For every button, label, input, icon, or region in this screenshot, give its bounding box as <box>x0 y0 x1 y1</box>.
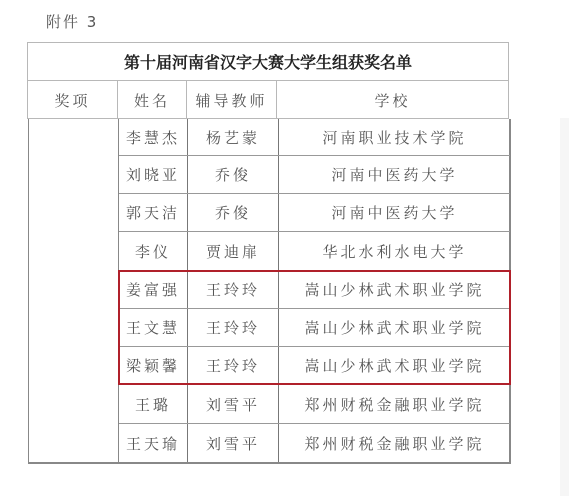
column-header-award: 奖项 <box>28 81 118 119</box>
column-header-teacher: 辅导教师 <box>187 81 277 119</box>
table-row: 李慧杰 杨艺蒙 河南职业技术学院 <box>119 119 510 156</box>
table-row: 王璐 刘雪平 郑州财税金融职业学院 <box>119 385 510 424</box>
cell-teacher: 王玲玲 <box>188 309 279 346</box>
table-title: 第十届河南省汉字大赛大学生组获奖名单 <box>28 43 508 81</box>
cell-teacher: 乔俊 <box>188 194 279 231</box>
cell-name: 王璐 <box>119 385 188 423</box>
column-header-school: 学校 <box>277 81 508 119</box>
table-body: 李慧杰 杨艺蒙 河南职业技术学院 刘晓亚 乔俊 河南中医药大学 郭天洁 乔俊 河… <box>28 119 511 464</box>
cell-school: 嵩山少林武术职业学院 <box>279 271 510 308</box>
cell-teacher: 王玲玲 <box>188 271 279 308</box>
cell-school: 郑州财税金融职业学院 <box>279 385 510 423</box>
cell-school: 河南中医药大学 <box>279 194 510 231</box>
cell-school: 河南职业技术学院 <box>279 119 510 155</box>
side-panel-edge <box>560 118 569 496</box>
table-header-block: 第十届河南省汉字大赛大学生组获奖名单 奖项 姓名 辅导教师 学校 <box>27 42 509 119</box>
table-row: 郭天洁 乔俊 河南中医药大学 <box>119 194 510 232</box>
cell-name: 刘晓亚 <box>119 156 188 193</box>
table-row-highlighted: 王文慧 王玲玲 嵩山少林武术职业学院 <box>119 309 510 347</box>
table-row-highlighted: 姜富强 王玲玲 嵩山少林武术职业学院 <box>119 271 510 309</box>
table-row-highlighted: 梁颖馨 王玲玲 嵩山少林武术职业学院 <box>119 347 510 385</box>
column-header-name: 姓名 <box>118 81 187 119</box>
cell-name: 郭天洁 <box>119 194 188 231</box>
cell-teacher: 刘雪平 <box>188 385 279 423</box>
cell-teacher: 乔俊 <box>188 156 279 193</box>
cell-name: 李仪 <box>119 232 188 270</box>
table-row: 刘晓亚 乔俊 河南中医药大学 <box>119 156 510 194</box>
cell-school: 华北水利水电大学 <box>279 232 510 270</box>
cell-school: 嵩山少林武术职业学院 <box>279 309 510 346</box>
cell-teacher: 王玲玲 <box>188 347 279 384</box>
table-row: 王天瑜 刘雪平 郑州财税金融职业学院 <box>119 424 510 462</box>
cell-school: 河南中医药大学 <box>279 156 510 193</box>
cell-teacher: 杨艺蒙 <box>188 119 279 155</box>
table-row: 李仪 贾迪扉 华北水利水电大学 <box>119 232 510 271</box>
cell-name: 李慧杰 <box>119 119 188 155</box>
cell-name: 王文慧 <box>119 309 188 346</box>
cell-teacher: 贾迪扉 <box>188 232 279 270</box>
cell-name: 王天瑜 <box>119 424 188 462</box>
cell-name: 梁颖馨 <box>119 347 188 384</box>
cell-teacher: 刘雪平 <box>188 424 279 462</box>
attachment-label: 附件 3 <box>46 11 98 32</box>
cell-name: 姜富强 <box>119 271 188 308</box>
cell-school: 嵩山少林武术职业学院 <box>279 347 510 384</box>
cell-school: 郑州财税金融职业学院 <box>279 424 510 462</box>
column-header-row: 奖项 姓名 辅导教师 学校 <box>28 81 508 119</box>
award-merged-cell <box>29 119 119 462</box>
